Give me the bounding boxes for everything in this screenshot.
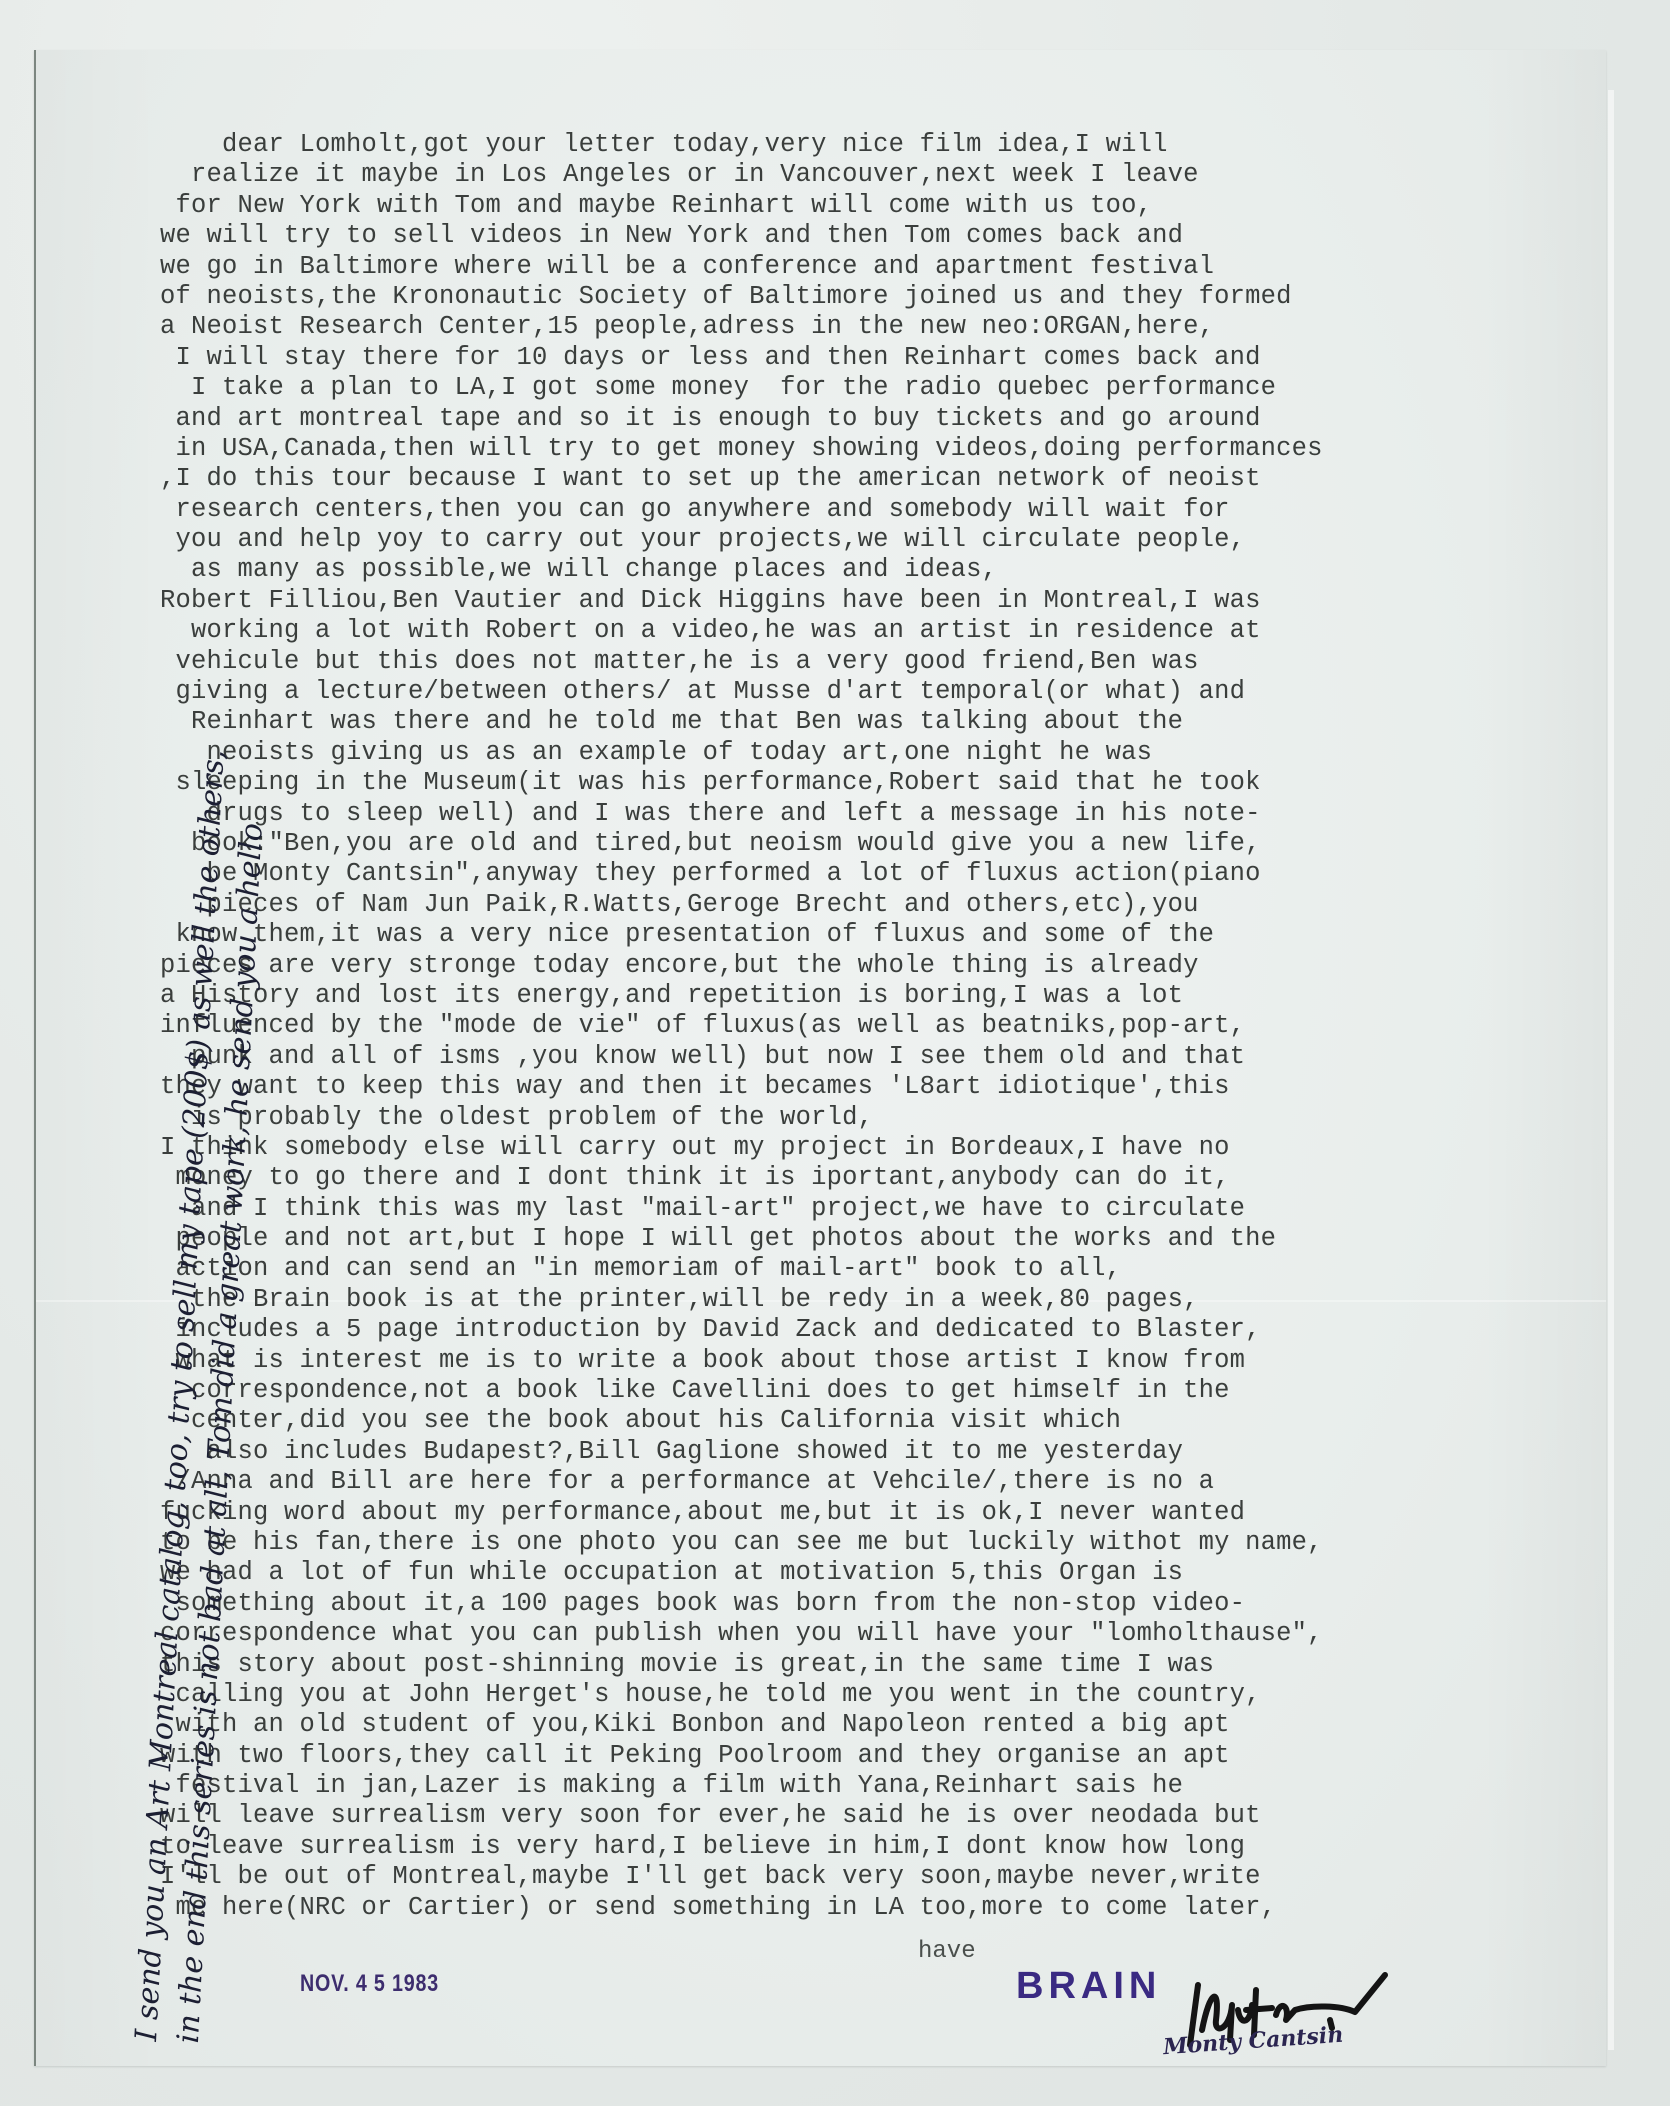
letter-line: influenced by the "mode de vie" of fluxu… — [160, 1011, 1610, 1041]
letter-line: /Anna and Bill are here for a performanc… — [160, 1467, 1610, 1497]
letter-line: pieces of Nam Jun Paik,R.Watts,Geroge Br… — [160, 890, 1610, 920]
letter-line: you and help yoy to carry out your proje… — [160, 525, 1610, 555]
letter-line: Reinhart was there and he told me that B… — [160, 707, 1610, 737]
letter-line: will leave surrealism very soon for ever… — [160, 1801, 1610, 1831]
letter-line: neoists giving us as an example of today… — [160, 738, 1610, 768]
letter-line: realize it maybe in Los Angeles or in Va… — [160, 160, 1610, 190]
letter-line: research centers,then you can go anywher… — [160, 495, 1610, 525]
letter-line: the Brain book is at the printer,will be… — [160, 1285, 1610, 1315]
letter-line: to be his fan,there is one photo you can… — [160, 1528, 1610, 1558]
letter-line: with an old student of you,Kiki Bonbon a… — [160, 1710, 1610, 1740]
letter-closing: have — [918, 1938, 976, 1965]
letter-line: center,did you see the book about his Ca… — [160, 1406, 1610, 1436]
letter-line: a History and lost its energy,and repeti… — [160, 981, 1610, 1011]
letter-line: and I think this was my last "mail-art" … — [160, 1194, 1610, 1224]
letter-line: to leave surrealism is very hard,I belie… — [160, 1832, 1610, 1862]
letter-line: punk and all of isms ,you know well) but… — [160, 1042, 1610, 1072]
letter-line: this story about post-shinning movie is … — [160, 1650, 1610, 1680]
letter-line: is probably the oldest problem of the wo… — [160, 1103, 1610, 1133]
letter-line: we had a lot of fun while occupation at … — [160, 1558, 1610, 1588]
letter-line: also includes Budapest?,Bill Gaglione sh… — [160, 1437, 1610, 1467]
letter-line: sleeping in the Museum(it was his perfor… — [160, 768, 1610, 798]
letter-line: and art montreal tape and so it is enoug… — [160, 404, 1610, 434]
letter-line: money to go there and I dont think it is… — [160, 1163, 1610, 1193]
letter-line: drugs to sleep well) and I was there and… — [160, 799, 1610, 829]
letter-line: in USA,Canada,then will try to get money… — [160, 434, 1610, 464]
date-stamp: NOV. 4 5 1983 — [300, 1970, 439, 1998]
letter-line: fucking word about my performance,about … — [160, 1498, 1610, 1528]
letter-line: correspondence what you can publish when… — [160, 1619, 1610, 1649]
letter-line: what is interest me is to write a book a… — [160, 1346, 1610, 1376]
letter-line: me here(NRC or Cartier) or send somethin… — [160, 1893, 1610, 1923]
letter-line: action and can send an "in memoriam of m… — [160, 1254, 1610, 1284]
letter-line: a Neoist Research Center,15 people,adres… — [160, 312, 1610, 342]
letter-line: with two floors,they call it Peking Pool… — [160, 1741, 1610, 1771]
letter-line: calling you at John Herget's house,he to… — [160, 1680, 1610, 1710]
letter-line: know them,it was a very nice presentatio… — [160, 920, 1610, 950]
letter-line: Robert Filliou,Ben Vautier and Dick Higg… — [160, 586, 1610, 616]
letter-line: I think somebody else will carry out my … — [160, 1133, 1610, 1163]
letter-line: something about it,a 100 pages book was … — [160, 1589, 1610, 1619]
letter-line: working a lot with Robert on a video,he … — [160, 616, 1610, 646]
letter-line: dear Lomholt,got your letter today,very … — [160, 130, 1610, 160]
letter-line: as many as possible,we will change place… — [160, 555, 1610, 585]
brain-stamp: BRAIN — [1016, 1965, 1161, 2008]
typewritten-letter-body: dear Lomholt,got your letter today,very … — [160, 130, 1610, 1923]
letter-line: I'll be out of Montreal,maybe I'll get b… — [160, 1862, 1610, 1892]
letter-line: book:"Ben,you are old and tired,but neoi… — [160, 829, 1610, 859]
letter-line: we go in Baltimore where will be a confe… — [160, 252, 1610, 282]
letter-line: they want to keep this way and then it b… — [160, 1072, 1610, 1102]
letter-line: we will try to sell videos in New York a… — [160, 221, 1610, 251]
letter-line: festival in jan,Lazer is making a film w… — [160, 1771, 1610, 1801]
letter-line: ,I do this tour because I want to set up… — [160, 464, 1610, 494]
letter-line: for New York with Tom and maybe Reinhart… — [160, 191, 1610, 221]
letter-line: I will stay there for 10 days or less an… — [160, 343, 1610, 373]
letter-line: be Monty Cantsin",anyway they performed … — [160, 859, 1610, 889]
letter-line: giving a lecture/between others/ at Muss… — [160, 677, 1610, 707]
letter-line: includes a 5 page introduction by David … — [160, 1315, 1610, 1345]
letter-line: people and not art,but I hope I will get… — [160, 1224, 1610, 1254]
letter-line: of neoists,the Krononautic Society of Ba… — [160, 282, 1610, 312]
letter-line: pieces are very stronge today encore,but… — [160, 951, 1610, 981]
letter-line: vehicule but this does not matter,he is … — [160, 647, 1610, 677]
letter-line: I take a plan to LA,I got some money for… — [160, 373, 1610, 403]
letter-line: correspondence,not a book like Cavellini… — [160, 1376, 1610, 1406]
